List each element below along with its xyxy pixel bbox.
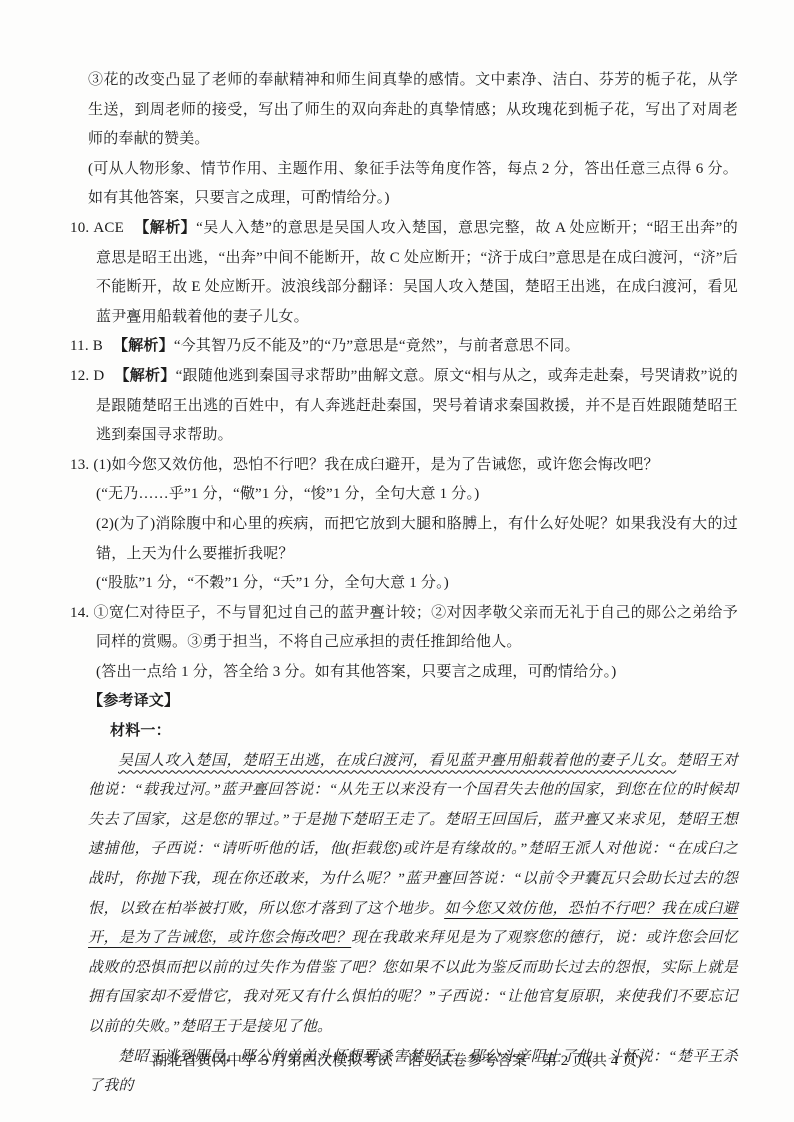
answer-letters: D	[93, 368, 104, 384]
answer-letters: B	[93, 338, 103, 354]
exam-answer-page: ③花的改变凸显了老师的奉献精神和师生间真挚的感情。文中素净、洁白、芬芳的栀子花，…	[0, 0, 794, 1122]
analysis-text: “跟随他逃到秦国寻求帮助”曲解文意。原文“相与从之，或奔走赴秦，号哭请救”说的是…	[96, 368, 738, 443]
answer-item-12: 12.D【解析】“跟随他逃到秦国寻求帮助”曲解文意。原文“相与从之，或奔走赴秦，…	[88, 362, 738, 451]
page-footer: 湖北省黄冈中学 5 月第四次模拟考试 语文试卷参考答案 第 2 页(共 4 页)	[0, 1050, 794, 1072]
answer-item-10: 10.ACE【解析】“吴人入楚”的意思是吴国人攻入楚国，意思完整，故 A 处应断…	[88, 214, 738, 332]
answer-14-text: ①宽仁对待臣子，不与冒犯过自己的蓝尹亹计较；②对因孝敬父亲而无礼于自己的郧公之弟…	[93, 605, 738, 651]
translation-body: 楚昭王对他说：“载我过河。”蓝尹亹回答说：“从先王以来没有一个国君失去他的国家，…	[88, 753, 738, 917]
question-number: 12.	[70, 368, 89, 384]
question-number: 11.	[70, 338, 89, 354]
answer-13-part1: (1)如今您又效仿他，恐怕不行吧？我在成臼避开，是为了告诫您，或许您会悔改吧？	[93, 457, 658, 473]
answer-letters: ACE	[93, 220, 124, 236]
answer-9-scoring-note: (可从人物形象、情节作用、主题作用、象征手法等角度作答，每点 2 分，答出任意三…	[88, 155, 738, 214]
translation-paragraph-1: 吴国人攻入楚国，楚昭王出逃，在成臼渡河，看见蓝尹亹用船载着他的妻子儿女。楚昭王对…	[88, 747, 738, 1043]
material-one-label: 材料一：	[88, 717, 738, 747]
analysis-label: 【解析】	[114, 368, 175, 384]
answer-9-point3: ③花的改变凸显了老师的奉献精神和师生间真挚的感情。文中素净、洁白、芬芳的栀子花，…	[88, 66, 738, 155]
analysis-label: 【解析】	[113, 338, 174, 354]
answer-item-14: 14.①宽仁对待臣子，不与冒犯过自己的蓝尹亹计较；②对因孝敬父亲而无礼于自己的郧…	[88, 599, 738, 658]
answer-13-part2: (2)(为了)消除腹中和心里的疾病，而把它放到大腿和胳膊上，有什么好处呢？如果我…	[88, 510, 738, 569]
answer-13-scoring-note-2: (“股肱”1 分，“不穀”1 分，“夭”1 分，全句大意 1 分。)	[88, 569, 738, 599]
reference-translation-heading: 【参考译文】	[88, 687, 738, 717]
answer-13-scoring-note-1: (“无乃……乎”1 分，“儆”1 分，“悛”1 分，全句大意 1 分。)	[88, 480, 738, 510]
question-number: 13.	[70, 457, 89, 473]
answer-14-scoring-note: (答出一点给 1 分，答全给 3 分。如有其他答案，只要言之成理，可酌情给分。)	[88, 658, 738, 688]
page-content: ③花的改变凸显了老师的奉献精神和师生间真挚的感情。文中素净、洁白、芬芳的栀子花，…	[88, 66, 738, 1102]
wavy-underlined-sentence: 吴国人攻入楚国，楚昭王出逃，在成臼渡河，看见蓝尹亹用船载着他的妻子儿女。	[118, 753, 676, 769]
analysis-label: 【解析】	[134, 220, 196, 236]
answer-item-13: 13.(1)如今您又效仿他，恐怕不行吧？我在成臼避开，是为了告诫您，或许您会悔改…	[88, 451, 738, 481]
question-number: 10.	[70, 220, 89, 236]
question-number: 14.	[70, 605, 89, 621]
analysis-text: “今其智乃反不能及”的“乃”意思是“竟然”，与前者意思不同。	[174, 338, 580, 354]
answer-item-11: 11.B【解析】“今其智乃反不能及”的“乃”意思是“竟然”，与前者意思不同。	[88, 332, 738, 362]
